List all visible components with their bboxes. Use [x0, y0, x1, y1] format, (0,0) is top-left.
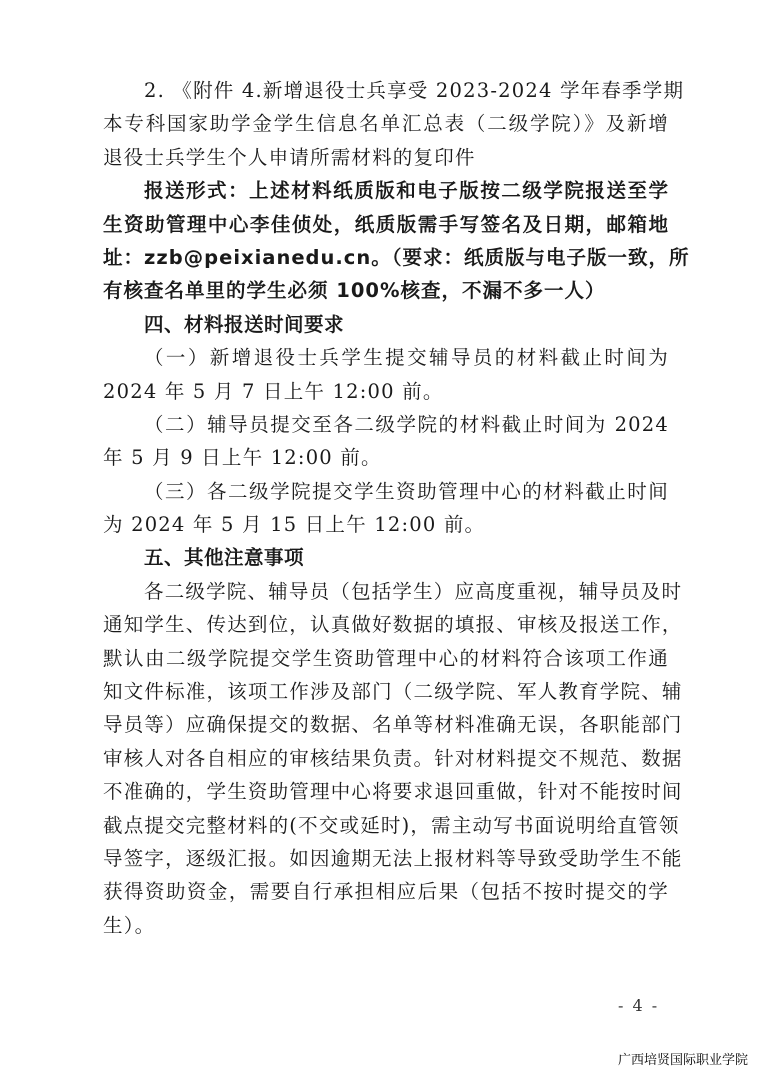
text-line: 生资助管理中心李佳侦处，纸质版需手写签名及日期，邮箱地 [103, 208, 669, 241]
email-line: 址：zzb@peixianedu.cn。（要求：纸质版与电子版一致，所 [103, 241, 669, 274]
text-line: 各二级学院、辅导员（包括学生）应高度重视，辅导员及时 [103, 575, 669, 608]
section-heading: 五、其他注意事项 [103, 541, 669, 574]
deadline-item-3: （三）各二级学院提交学生资助管理中心的材料截止时间 [103, 475, 669, 508]
document-page: 2. 《附件 4.新增退役士兵享受 2023-2024 学年春季学期 本专科国家… [103, 74, 669, 942]
deadline-item-3-cont: 为 2024 年 5 月 15 日上午 12:00 前。 [103, 508, 669, 541]
text-line: 审核人对各自相应的审核结果负责。针对材料提交不规范、数据 [103, 742, 669, 775]
text-line: 有核查名单里的学生必须 100%核查，不漏不多一人） [103, 274, 669, 307]
footer-organization: 广西培贤国际职业学院 [618, 1049, 748, 1068]
section-4: 四、材料报送时间要求 （一）新增退役士兵学生提交辅导员的材料截止时间为 2024… [103, 308, 669, 542]
text-line: 导员等）应确保提交的数据、名单等材料准确无误，各职能部门 [103, 708, 669, 741]
text-line: 导签字，逐级汇报。如因逾期无法上报材料等导致受助学生不能 [103, 842, 669, 875]
attachment-paragraph: 2. 《附件 4.新增退役士兵享受 2023-2024 学年春季学期 本专科国家… [103, 74, 669, 174]
text-line: 默认由二级学院提交学生资助管理中心的材料符合该项工作通 [103, 642, 669, 675]
text-line: 获得资助资金，需要自行承担相应后果（包括不按时提交的学 [103, 875, 669, 908]
text-line: 退役士兵学生个人申请所需材料的复印件 [103, 141, 669, 174]
deadline-item-1-cont: 2024 年 5 月 7 日上午 12:00 前。 [103, 375, 669, 408]
deadline-item-2-cont: 年 5 月 9 日上午 12:00 前。 [103, 441, 669, 474]
text-line: 截点提交完整材料的(不交或延时)，需主动写书面说明给直管领 [103, 809, 669, 842]
deadline-item-2: （二）辅导员提交至各二级学院的材料截止时间为 2024 [103, 408, 669, 441]
text-line: 通知学生、传达到位，认真做好数据的填报、审核及报送工作， [103, 608, 669, 641]
text-line: 报送形式：上述材料纸质版和电子版按二级学院报送至学 [103, 174, 669, 207]
text-line: 生）。 [103, 909, 669, 942]
section-5: 五、其他注意事项 各二级学院、辅导员（包括学生）应高度重视，辅导员及时 通知学生… [103, 541, 669, 942]
text-line: 本专科国家助学金学生信息名单汇总表（二级学院）》及新增 [103, 107, 669, 140]
page-number: - 4 - [618, 996, 659, 1015]
submission-format-paragraph: 报送形式：上述材料纸质版和电子版按二级学院报送至学 生资助管理中心李佳侦处，纸质… [103, 174, 669, 308]
deadline-item-1: （一）新增退役士兵学生提交辅导员的材料截止时间为 [103, 341, 669, 374]
text-line: 不准确的，学生资助管理中心将要求退回重做，针对不能按时间 [103, 775, 669, 808]
text-line: 2. 《附件 4.新增退役士兵享受 2023-2024 学年春季学期 [103, 74, 669, 107]
text-line: 知文件标准，该项工作涉及部门（二级学院、军人教育学院、辅 [103, 675, 669, 708]
section-heading: 四、材料报送时间要求 [103, 308, 669, 341]
